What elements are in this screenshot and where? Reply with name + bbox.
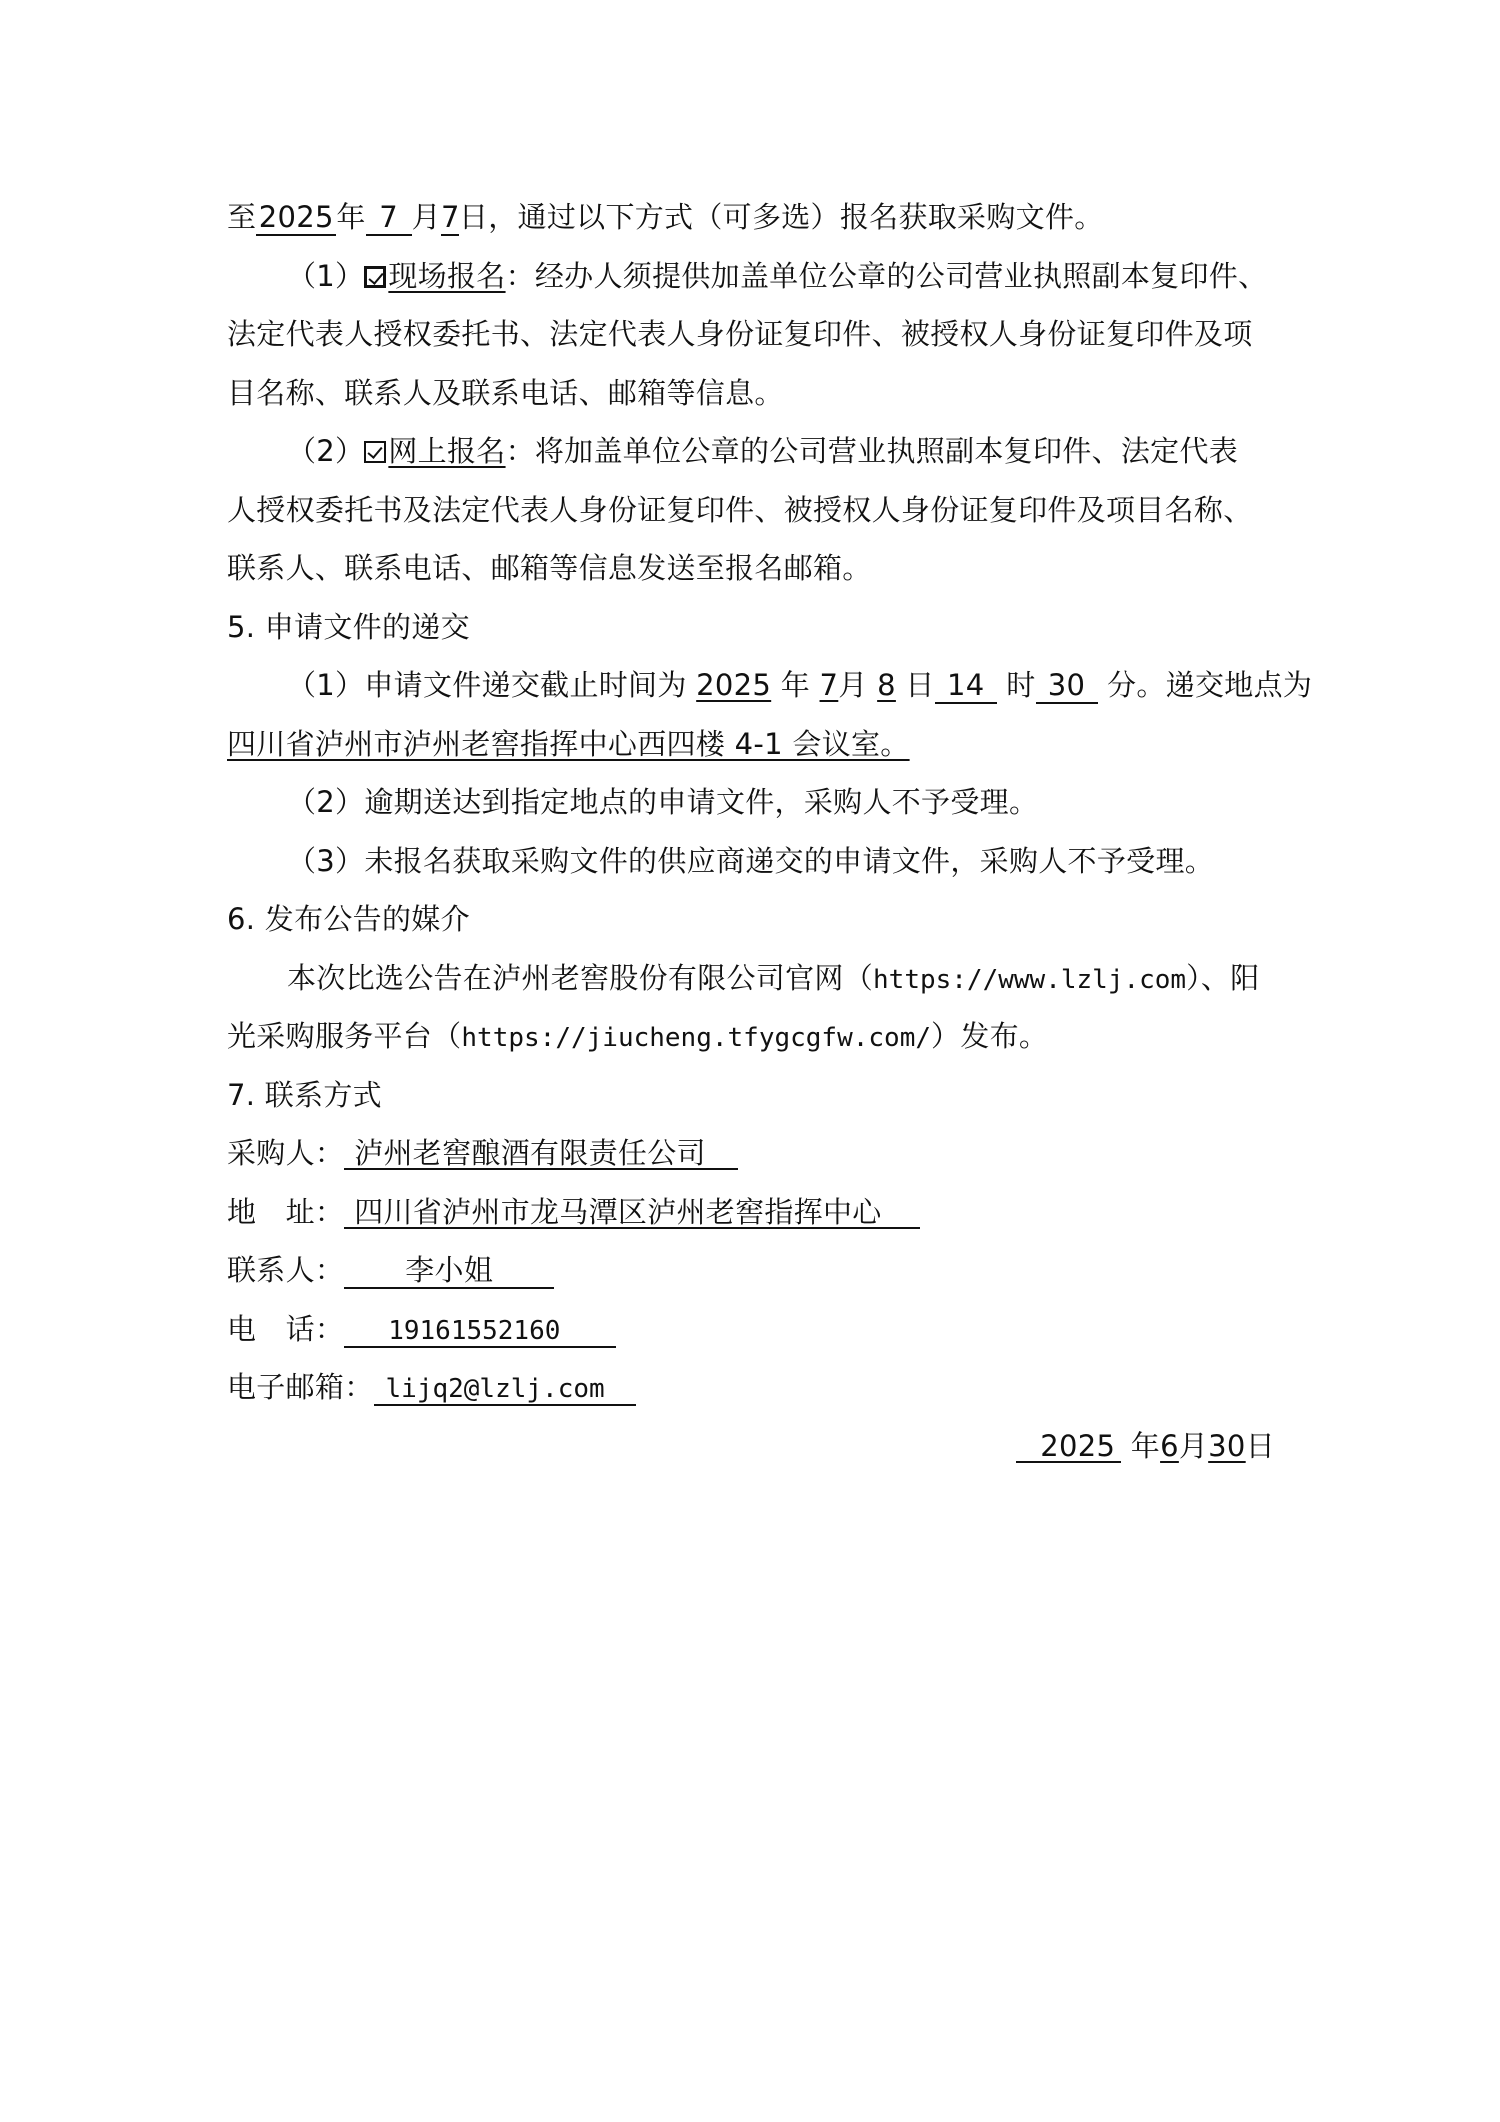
month-value: 7 [379, 200, 398, 234]
purchaser-label: 采购人： [227, 1136, 344, 1170]
text: 人授权委托书及法定代表人身份证复印件、被授权人身份证复印件及项目名称、 [227, 493, 1253, 527]
signature-date: 2025 年6月30日 [227, 1417, 1277, 1476]
text: 法定代表人授权委托书、法定代表人身份证复印件、被授权人身份证复印件及项 [227, 317, 1253, 351]
text: 月 [838, 668, 877, 702]
section-5-heading: 5. 申请文件的递交 [227, 598, 1277, 657]
online-registration-line-2: 人授权委托书及法定代表人身份证复印件、被授权人身份证复印件及项目名称、 [227, 481, 1277, 540]
onsite-registration-title: 现场报名 [364, 259, 505, 293]
text: ：经办人须提供加盖单位公章的公司营业执照副本复印件、 [506, 259, 1268, 293]
heading-text: 5. 申请文件的递交 [227, 610, 470, 644]
phone-field: 19161552160 [344, 1316, 616, 1348]
address-row: 地 址：四川省泸州市龙马潭区泸州老窖指挥中心 [227, 1183, 1277, 1242]
contact-person-row: 联系人：李小姐 [227, 1241, 1277, 1300]
document-page: 至2025年7月7日，通过以下方式（可多选）报名获取采购文件。 （1）现场报名：… [227, 188, 1277, 1475]
date-month: 6 [1160, 1429, 1179, 1463]
month-blank: 7 [366, 202, 412, 236]
publication-media-line-2: 光采购服务平台（https://jiucheng.tfygcgfw.com/）发… [227, 1007, 1277, 1066]
text: 联系人、联系电话、邮箱等信息发送至报名邮箱。 [227, 551, 872, 585]
text: 月 [412, 200, 441, 234]
late-submission-line: （2）逾期送达到指定地点的申请文件，采购人不予受理。 [227, 773, 1277, 832]
online-registration-line-1: （2）网上报名：将加盖单位公章的公司营业执照副本复印件、法定代表 [227, 422, 1277, 481]
procurement-platform-link[interactable]: https://jiucheng.tfygcgfw.com/ [461, 1023, 931, 1053]
contact-value: 李小姐 [405, 1253, 493, 1287]
item-number: （1） [287, 259, 364, 293]
address-field: 四川省泸州市龙马潭区泸州老窖指挥中心 [344, 1197, 920, 1229]
text: 本次比选公告在泸州老窖股份有限公司官网（ [287, 961, 873, 995]
email-field: lijq2@lzlj.com [374, 1374, 636, 1406]
submission-location-line: 四川省泸州市泸州老窖指挥中心西四楼 4-1 会议室。 [227, 715, 1277, 774]
minute-blank: 30 [1036, 670, 1098, 704]
online-registration-title: 网上报名 [364, 434, 505, 468]
section-7-heading: 7. 联系方式 [227, 1066, 1277, 1125]
phone-label: 电 话： [227, 1312, 344, 1346]
date-day: 30 [1208, 1429, 1246, 1463]
onsite-registration-line-2: 法定代表人授权委托书、法定代表人身份证复印件、被授权人身份证复印件及项 [227, 305, 1277, 364]
deadline-hour: 14 [947, 668, 985, 702]
official-website-link[interactable]: https://www.lzlj.com [873, 965, 1186, 995]
year-blank: 2025 [256, 202, 336, 236]
text: 日 [896, 668, 935, 702]
deadline-minute: 30 [1048, 668, 1086, 702]
phone-row: 电 话：19161552160 [227, 1300, 1277, 1359]
text: 时 [997, 668, 1036, 702]
deadline-year: 2025 [696, 668, 771, 702]
text: 现场报名 [388, 259, 505, 293]
text: 目名称、联系人及联系电话、邮箱等信息。 [227, 376, 784, 410]
text: 年 [771, 668, 819, 702]
email-value[interactable]: lijq2@lzlj.com [386, 1374, 605, 1404]
text: ：将加盖单位公章的公司营业执照副本复印件、法定代表 [506, 434, 1239, 468]
date-year-blank: 2025 [1016, 1431, 1121, 1463]
text: ）、阳 [1186, 961, 1259, 995]
text: 至 [227, 200, 256, 234]
registration-period-line: 至2025年7月7日，通过以下方式（可多选）报名获取采购文件。 [227, 188, 1277, 247]
online-registration-line-3: 联系人、联系电话、邮箱等信息发送至报名邮箱。 [227, 539, 1277, 598]
text: 年 [1121, 1429, 1160, 1463]
submission-location: 四川省泸州市泸州老窖指挥中心西四楼 4-1 会议室。 [227, 727, 910, 761]
section-6-heading: 6. 发布公告的媒介 [227, 890, 1277, 949]
purchaser-value: 泸州老窖酿酒有限责任公司 [354, 1136, 706, 1170]
purchaser-row: 采购人：泸州老窖酿酒有限责任公司 [227, 1124, 1277, 1183]
unregistered-submission-line: （3）未报名获取采购文件的供应商递交的申请文件，采购人不予受理。 [227, 832, 1277, 891]
submission-deadline-line: （1）申请文件递交截止时间为 2025 年 7月 8 日14 时30 分。递交地… [227, 656, 1277, 715]
text: 月 [1179, 1429, 1208, 1463]
phone-value: 19161552160 [388, 1316, 560, 1346]
address-label: 地 址： [227, 1195, 344, 1229]
email-row: 电子邮箱：lijq2@lzlj.com [227, 1358, 1277, 1417]
text: （3）未报名获取采购文件的供应商递交的申请文件，采购人不予受理。 [287, 844, 1214, 878]
date-year: 2025 [1040, 1429, 1115, 1463]
deadline-day: 8 [877, 668, 896, 702]
contact-label: 联系人： [227, 1253, 344, 1287]
text: （2）逾期送达到指定地点的申请文件，采购人不予受理。 [287, 785, 1038, 819]
address-value: 四川省泸州市龙马潭区泸州老窖指挥中心 [354, 1195, 881, 1229]
text: 光采购服务平台（ [227, 1019, 461, 1053]
publication-media-line-1: 本次比选公告在泸州老窖股份有限公司官网（https://www.lzlj.com… [227, 949, 1277, 1008]
text: 日，通过以下方式（可多选）报名获取采购文件。 [459, 200, 1104, 234]
text: ）发布。 [931, 1019, 1048, 1053]
text: 年 [336, 200, 365, 234]
deadline-month: 7 [820, 668, 839, 702]
checkbox-checked-icon[interactable] [364, 266, 386, 288]
checkbox-checked-icon[interactable] [364, 441, 386, 463]
text: 网上报名 [388, 434, 505, 468]
email-label: 电子邮箱： [227, 1370, 374, 1404]
onsite-registration-line-1: （1）现场报名：经办人须提供加盖单位公章的公司营业执照副本复印件、 [227, 247, 1277, 306]
hour-blank: 14 [935, 670, 997, 704]
item-number: （2） [287, 434, 364, 468]
year-value: 2025 [259, 200, 334, 234]
heading-text: 7. 联系方式 [227, 1078, 382, 1112]
contact-field: 李小姐 [344, 1255, 554, 1289]
day-blank: 7 [441, 202, 459, 236]
text: 分。递交地点为 [1098, 668, 1313, 702]
text: 日 [1246, 1429, 1275, 1463]
text: （1）申请文件递交截止时间为 [287, 668, 696, 702]
purchaser-field: 泸州老窖酿酒有限责任公司 [344, 1138, 738, 1170]
heading-text: 6. 发布公告的媒介 [227, 902, 470, 936]
onsite-registration-line-3: 目名称、联系人及联系电话、邮箱等信息。 [227, 364, 1277, 423]
day-value: 7 [441, 200, 460, 234]
